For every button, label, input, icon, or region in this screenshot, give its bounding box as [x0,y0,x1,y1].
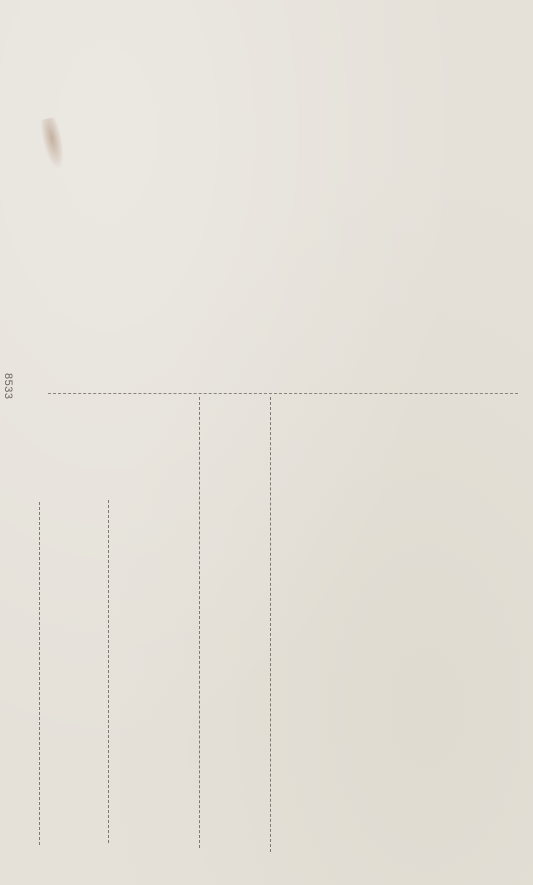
vertical-line-4 [270,397,271,852]
horizontal-divider-line [48,393,518,394]
stain-mark [39,117,67,170]
vertical-line-1 [39,502,40,845]
serial-number-container: 8533 [2,373,16,405]
postcard-back: 8533 [0,0,533,885]
vertical-line-2 [108,500,109,843]
vertical-line-3 [199,397,200,848]
serial-number: 8533 [2,373,14,399]
